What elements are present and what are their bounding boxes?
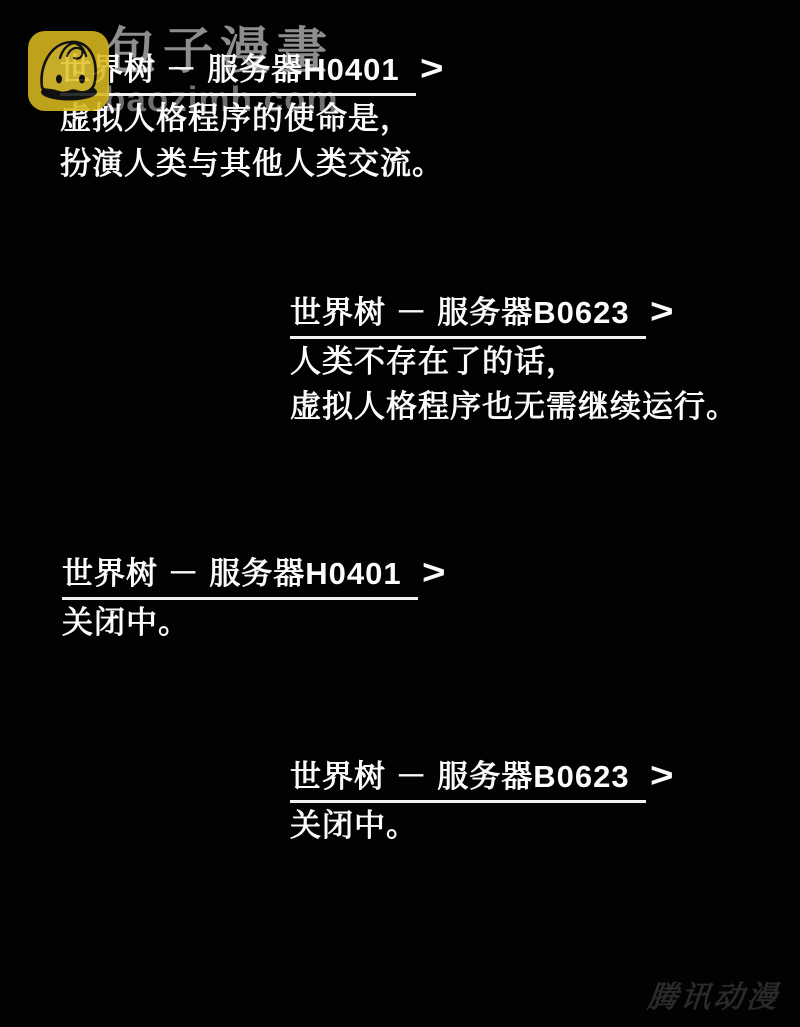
dialog-header: 世界树 － 服务器H0401 <box>62 551 418 600</box>
dialog-server-h0401-mission: 世界树 － 服务器H0401> 虚拟人格程序的使命是， 扮演人类与其他人类交流。 <box>60 46 444 186</box>
prompt-arrow: > <box>650 289 675 334</box>
dialog-server-h0401-shutdown: 世界树 － 服务器H0401> 关闭中。 <box>62 550 443 645</box>
dialog-line: 关闭中。 <box>290 803 671 848</box>
dialog-header: 世界树 － 服务器B0623 <box>290 290 646 339</box>
prompt-arrow: > <box>422 550 447 595</box>
dialog-header-line: 世界树 － 服务器H0401> <box>60 46 444 96</box>
dialog-header: 世界树 － 服务器H0401 <box>60 47 416 96</box>
dialog-server-b0623-shutdown: 世界树 － 服务器B0623> 关闭中。 <box>290 753 671 848</box>
dialog-server-b0623-reply: 世界树 － 服务器B0623> 人类不存在了的话， 虚拟人格程序也无需继续运行。 <box>290 289 738 429</box>
dialog-header-line: 世界树 － 服务器H0401> <box>62 550 443 600</box>
dialog-line: 虚拟人格程序的使命是， <box>60 96 444 141</box>
dialog-header: 世界树 － 服务器B0623 <box>290 754 646 803</box>
dialog-header-line: 世界树 － 服务器B0623> <box>290 753 671 803</box>
dialog-line: 关闭中。 <box>62 600 443 645</box>
tencent-comics-logo: 腾讯动漫 <box>646 972 783 1016</box>
dialog-line: 虚拟人格程序也无需继续运行。 <box>290 384 738 429</box>
dialog-line: 人类不存在了的话， <box>290 339 738 384</box>
dialog-header-line: 世界树 － 服务器B0623> <box>290 289 738 339</box>
dialog-line: 扮演人类与其他人类交流。 <box>60 141 444 186</box>
prompt-arrow: > <box>420 46 445 91</box>
baozi-bun-mascot-icon <box>28 31 109 111</box>
prompt-arrow: > <box>650 753 675 798</box>
comic-page: 包子漫畫 baozimh.com 世界树 － 服务器H0401> 虚拟人格程序的… <box>0 0 800 1027</box>
